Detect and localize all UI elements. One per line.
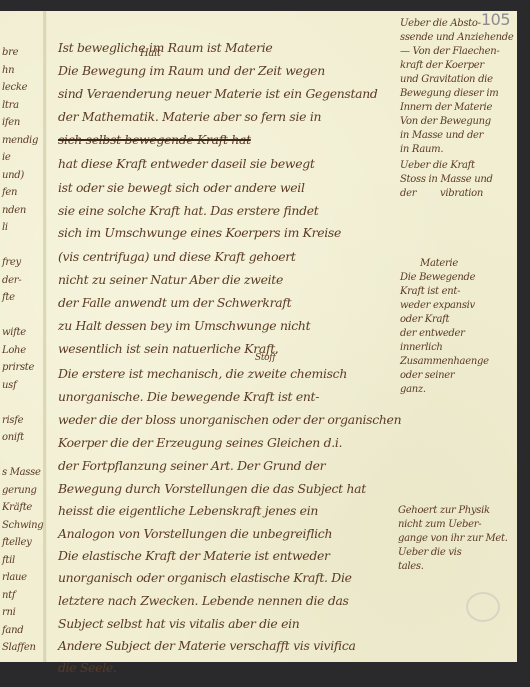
library-stamp xyxy=(466,592,500,622)
margin-line: oder Kraft xyxy=(400,314,449,325)
margin-line: Zusammenhaenge xyxy=(400,356,489,367)
margin-line: und Gravitation die xyxy=(400,74,493,85)
interlinear-insertion: Halt xyxy=(140,48,161,59)
text-line: hat diese Kraft entweder daseil sie bewe… xyxy=(58,156,315,171)
text-line: Analogon von Vorstellungen die unbegreif… xyxy=(58,526,332,541)
text-line: Koerper die der Erzeugung seines Gleiche… xyxy=(58,435,342,450)
margin-line: ssende und Anziehende xyxy=(400,32,513,43)
text-line: der Fortpflanzung seiner Art. Der Grund … xyxy=(58,458,325,473)
margin-line: Innern der Materie xyxy=(400,102,492,113)
text-line: Die Bewegung im Raum und der Zeit wegen xyxy=(58,63,325,78)
margin-line: risfe xyxy=(2,415,23,426)
text-line: unorganische. Die bewegende Kraft ist en… xyxy=(58,389,319,404)
margin-line: s Masse xyxy=(2,467,41,478)
text-line: Andere Subject der Materie verschafft vi… xyxy=(58,638,356,653)
margin-line: ganz. xyxy=(400,384,426,395)
margin-line: gange von ihr zur Met. xyxy=(398,533,508,544)
text-line: zu Halt dessen bey im Umschwunge nicht xyxy=(58,318,310,333)
text-line: der Mathematik. Materie aber so fern sie… xyxy=(58,109,321,124)
text-line: Subject selbst hat vis vitalis aber die … xyxy=(58,616,299,631)
text-line: unorganisch oder organisch elastische Kr… xyxy=(58,570,352,585)
margin-line: der entweder xyxy=(400,328,465,339)
text-line: ist oder sie bewegt sich oder andere wei… xyxy=(58,180,305,195)
margin-line: nden xyxy=(2,205,26,216)
margin-line: tales. xyxy=(398,561,424,572)
margin-line: Stoss in Masse und xyxy=(400,174,493,185)
margin-line: Von der Bewegung xyxy=(400,116,491,127)
margin-line: rni xyxy=(2,607,16,618)
margin-line: gerung xyxy=(2,485,37,496)
margin-line: Lohe xyxy=(2,345,26,356)
text-line: der Falle anwendt um der Schwerkraft xyxy=(58,295,291,310)
margin-line: kraft der Koerper xyxy=(400,60,484,71)
margin-line: Kraft ist ent- xyxy=(400,286,460,297)
margin-line: bre xyxy=(2,47,18,58)
margin-line: ntf xyxy=(2,590,15,601)
text-line: Die elastische Kraft der Materie ist ent… xyxy=(58,548,330,563)
margin-line: Materie xyxy=(420,258,458,269)
margin-line: ifen xyxy=(2,117,20,128)
margin-line: fand xyxy=(2,625,23,636)
margin-line: wifte xyxy=(2,327,26,338)
text-line: Die erstere ist mechanisch, die zweite c… xyxy=(58,366,347,381)
margin-line: Ueber die vis xyxy=(398,547,461,558)
margin-line: Slaffen xyxy=(2,642,36,653)
margin-line: onift xyxy=(2,432,24,443)
text-line: weder die der bloss unorganischen oder d… xyxy=(58,412,401,427)
margin-line: innerlich xyxy=(400,342,443,353)
text-line: Bewegung durch Vorstellungen die das Sub… xyxy=(58,481,366,496)
margin-line: weder expansiv xyxy=(400,300,475,311)
margin-line: mendig xyxy=(2,135,38,146)
margin-line: frey xyxy=(2,257,21,268)
margin-line: — Von der Flaechen- xyxy=(400,46,500,57)
text-line: sind Veraenderung neuer Materie ist ein … xyxy=(58,86,378,101)
text-line: heisst die eigentliche Lebenskraft jenes… xyxy=(58,503,318,518)
text-line: letztere nach Zwecken. Lebende nennen di… xyxy=(58,593,349,608)
margin-line: Bewegung dieser im xyxy=(400,88,498,99)
margin-line: ftelley xyxy=(2,537,32,548)
text-line: Ist bewegliche im Raum ist Materie xyxy=(58,40,272,55)
margin-line: Schwing xyxy=(2,520,43,531)
margin-line: usf xyxy=(2,380,16,391)
text-line: wesentlich ist sein natuerliche Kraft. xyxy=(58,341,279,356)
text-line: die Seele. xyxy=(58,660,117,675)
margin-line: nicht zum Ueber- xyxy=(398,519,481,530)
margin-line: in Raum. xyxy=(400,144,443,155)
margin-line: ie xyxy=(2,152,11,163)
page-fold-line xyxy=(43,11,45,667)
margin-line: der- xyxy=(2,275,21,286)
margin-line: Kräfte xyxy=(2,502,32,513)
margin-line: ltra xyxy=(2,100,19,111)
margin-line: der xyxy=(400,188,416,199)
margin-line: ftil xyxy=(2,555,15,566)
margin-line: lecke xyxy=(2,82,27,93)
margin-line: Die Bewegende xyxy=(400,272,475,283)
margin-line: prirste xyxy=(2,362,34,373)
margin-line: in Masse und der xyxy=(400,130,483,141)
folio-number: 105 xyxy=(481,10,510,29)
margin-line: rlaue xyxy=(2,572,27,583)
text-line: sie eine solche Kraft hat. Das erstere f… xyxy=(58,203,318,218)
margin-line: Ueber die Kraft xyxy=(400,160,475,171)
text-line: (vis centrifuga) und diese Kraft gehoert xyxy=(58,249,296,264)
margin-line: fen xyxy=(2,187,17,198)
margin-line: li xyxy=(2,222,8,233)
margin-line: fte xyxy=(2,292,15,303)
margin-line: vibration xyxy=(440,188,483,199)
text-line: sich selbst bewegende Kraft hat xyxy=(58,132,251,147)
text-line: sich im Umschwunge eines Koerpers im Kre… xyxy=(58,225,341,240)
margin-line: und) xyxy=(2,170,24,181)
margin-line: hn xyxy=(2,65,14,76)
text-line: nicht zu seiner Natur Aber die zweite xyxy=(58,272,283,287)
margin-line: Gehoert zur Physik xyxy=(398,505,490,516)
margin-line: oder seiner xyxy=(400,370,454,381)
margin-line: Ueber die Absto- xyxy=(400,18,481,29)
interlinear-insertion: Stoff xyxy=(255,353,275,363)
